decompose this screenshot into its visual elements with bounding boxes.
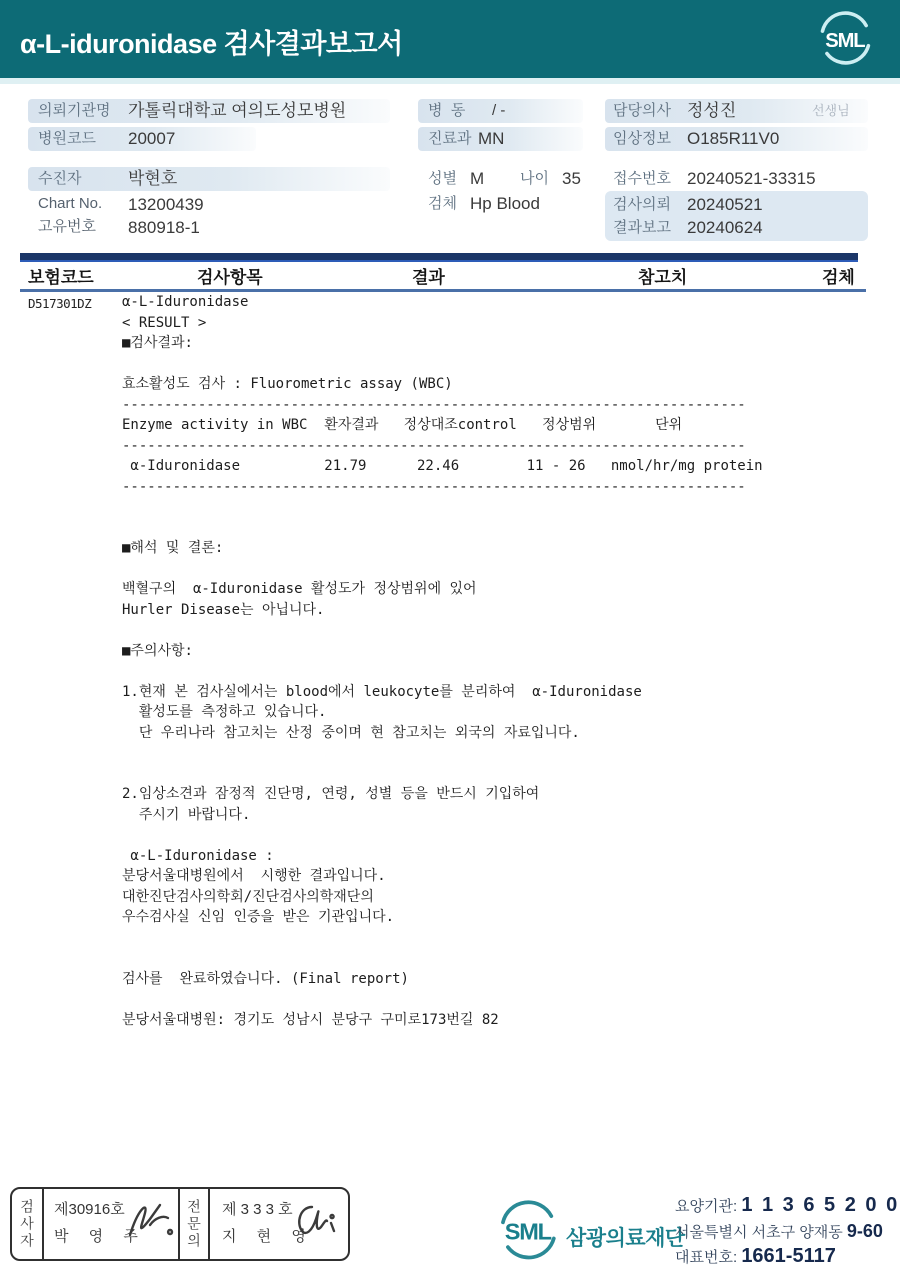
report-date-value: 20240624 [687, 216, 763, 240]
specimen-label: 검체 [428, 192, 457, 216]
request-date-value: 20240521 [687, 193, 763, 217]
receipt-no-value: 20240521-33315 [687, 167, 816, 191]
hospital-code-label: 병원코드 [38, 127, 96, 151]
examiner-license-no: 제30916호 [54, 1198, 125, 1219]
department-label: 진료과 [428, 127, 471, 151]
examiner-role-label: 검사자 [12, 1189, 42, 1259]
clinical-info-label: 임상정보 [613, 127, 671, 151]
col-header-reference: 참고치 [638, 263, 687, 288]
ward-value: / - [492, 99, 505, 123]
ward-label: 병 동 [428, 99, 465, 123]
examiner-signature [124, 1199, 176, 1243]
age-value: 35 [562, 167, 581, 191]
phone-line: 대표번호: 1661-5117 [675, 1245, 836, 1268]
phone-label: 대표번호: [675, 1249, 737, 1266]
chart-no-label: Chart No. [38, 192, 102, 216]
address-line: 서울특별시 서초구 양재동 9-60 [675, 1221, 883, 1242]
col-header-result: 결과 [412, 263, 445, 288]
requesting-org-value: 가톨릭대학교 여의도성모병원 [128, 99, 346, 123]
age-label: 나이 [520, 167, 549, 191]
specimen-value: Hp Blood [470, 192, 540, 216]
chart-no-value: 13200439 [128, 193, 204, 217]
specialist-signature [294, 1201, 342, 1247]
patient-value: 박현호 [128, 167, 177, 191]
address-text: 서울특별시 서초구 양재동 [675, 1224, 843, 1241]
doctor-label: 담당의사 [613, 99, 671, 123]
lab-report-page: α-L-iduronidase 검사결과보고서 SML 의뢰기관명 가톨릭대학교… [0, 0, 900, 1271]
unique-no-label: 고유번호 [38, 215, 96, 239]
foundation-name: 삼광의료재단 [566, 1222, 685, 1252]
department-value: MN [478, 127, 504, 151]
sml-footer-logo-icon: SML [498, 1200, 560, 1262]
col-header-test-item: 검사항목 [197, 263, 263, 288]
patient-label: 수진자 [38, 167, 81, 191]
patient-row-bg [28, 167, 390, 191]
doctor-suffix: 선생님 [812, 99, 850, 123]
report-date-label: 결과보고 [613, 216, 671, 240]
request-date-label: 검사의뢰 [613, 193, 671, 217]
page-title: α-L-iduronidase 검사결과보고서 [20, 22, 403, 61]
specialist-license-no: 제 3 3 3 호 [222, 1198, 293, 1219]
address-number: 9-60 [847, 1221, 883, 1241]
clinical-info-value: O185R11V0 [687, 127, 779, 151]
sex-label: 성별 [428, 167, 457, 191]
sex-value: M [470, 167, 484, 191]
requesting-org-label: 의뢰기관명 [38, 99, 110, 123]
signature-stamp-box: 검사자 제30916호 박 영 주 전문의 제 3 3 3 호 지 현 영 [10, 1187, 350, 1261]
stamp-divider [42, 1189, 44, 1259]
header-divider [0, 78, 900, 84]
table-top-bar [20, 253, 858, 262]
sml-logo-icon: SML [818, 11, 874, 67]
receipt-no-label: 접수번호 [613, 167, 671, 191]
svg-text:SML: SML [505, 1219, 552, 1245]
report-header: α-L-iduronidase 검사결과보고서 SML [0, 0, 900, 78]
care-org-label: 요양기관: [675, 1198, 737, 1215]
report-body: α-L-Iduronidase < RESULT > ■검사결과: 효소활성도 … [122, 292, 763, 1030]
phone-number: 1661-5117 [741, 1245, 836, 1267]
insurance-code: D517301DZ [28, 296, 91, 311]
care-org-number: 1 1 3 6 5 2 0 0 [741, 1194, 899, 1216]
specialist-role-label: 전문의 [180, 1189, 210, 1259]
col-header-specimen: 검체 [822, 263, 855, 288]
col-header-insurance-code: 보험코드 [28, 263, 94, 288]
doctor-value: 정성진 [687, 99, 736, 123]
unique-no-value: 880918-1 [128, 216, 200, 240]
care-org-line: 요양기관: 1 1 3 6 5 2 0 0 [675, 1194, 899, 1217]
svg-text:SML: SML [825, 30, 865, 52]
hospital-code-value: 20007 [128, 127, 175, 151]
